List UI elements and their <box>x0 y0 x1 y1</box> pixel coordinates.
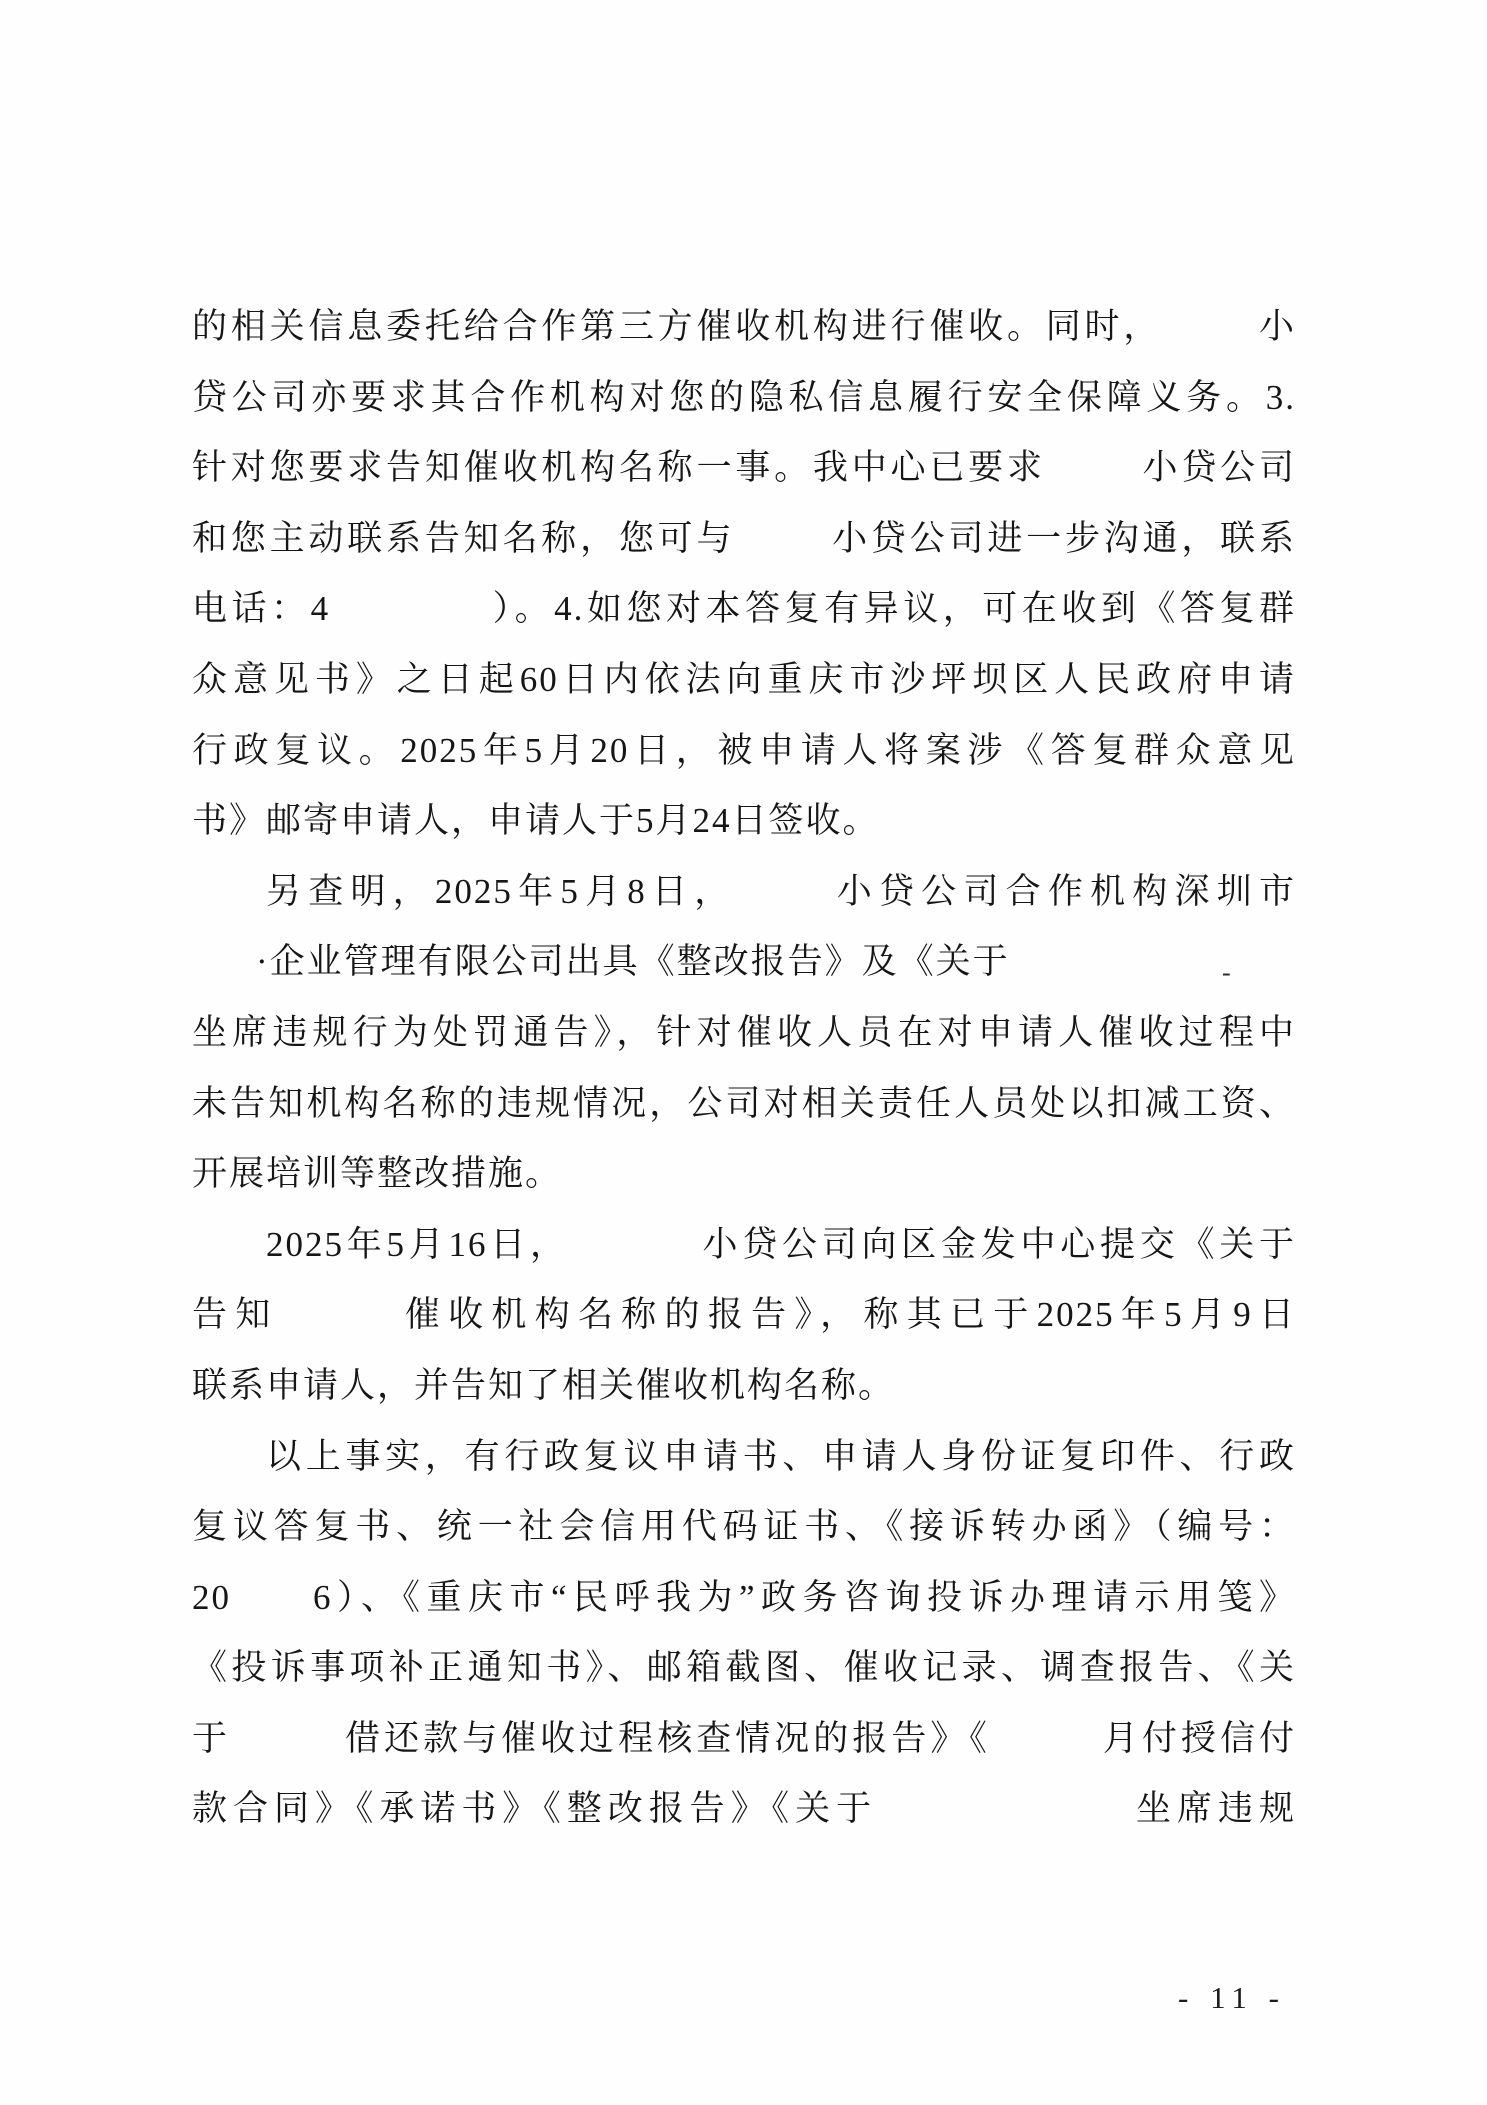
text-segment: 复议答复书、统一社会信用代码证书、《接诉转办函》（编号： <box>192 1507 1296 1546</box>
text-line: 行政复议。2025年5月20日，被申请人将案涉《答复群众意见 <box>192 716 1296 787</box>
text-line: 以上事实，有行政复议申请书、申请人身份证复印件、行政 <box>192 1422 1296 1493</box>
text-segment: 和您主动联系告知名称，您可与 <box>192 519 735 558</box>
text-segment: 催收机构名称的报告》，称其已于2025年5月9日 <box>399 1295 1296 1334</box>
text-line: 电话：4）。4.如您对本答复有异议，可在收到《答复群 <box>192 574 1296 645</box>
text-line: 告知催收机构名称的报告》，称其已于2025年5月9日 <box>192 1280 1296 1351</box>
redacted-gap <box>737 902 832 903</box>
text-segment: 未告知机构名称的违规情况，公司对相关责任人员处以扣减工资、 <box>192 1084 1296 1123</box>
text-line: 和您主动联系告知名称，您可与小贷公司进一步沟通，联系 <box>192 504 1296 575</box>
text-segment: 小贷公司进一步沟通，联系 <box>830 519 1296 558</box>
text-segment: 联系申请人，并告知了相关催收机构名称。 <box>192 1366 895 1405</box>
text-line: 坐席违规行为处罚通告》，针对催收人员在对申请人催收过程中 <box>192 998 1296 1069</box>
text-segment: 于 <box>192 1719 231 1758</box>
text-segment: 开展培训等整改措施。 <box>192 1154 562 1193</box>
redacted-gap <box>877 1819 1132 1820</box>
text-segment: 坐席违规 <box>1132 1789 1296 1828</box>
scan-artifact-dash: - <box>1222 958 1231 988</box>
text-line: 书》邮寄申请人，申请人于5月24日签收。 <box>192 786 1296 857</box>
redacted-gap <box>231 1608 313 1609</box>
text-segment: 小贷公司合作机构深圳市 <box>832 872 1297 911</box>
text-line: 的相关信息委托给合作第三方催收机构进行催收。同时，小 <box>192 292 1296 363</box>
page-number: - 11 - <box>1178 1980 1286 2016</box>
redacted-gap <box>570 1255 700 1256</box>
text-segment: 20 <box>192 1578 231 1617</box>
text-line: 贷公司亦要求其合作机构对您的隐私信息履行安全保障义务。3. <box>192 363 1296 434</box>
text-segment: 小 <box>1257 307 1296 346</box>
text-segment: 众意见书》之日起60日内依法向重庆市沙坪坝区人民政府申请 <box>192 660 1296 699</box>
text-line: 于借还款与催收过程核查情况的报告》《月付授信付 <box>192 1704 1296 1775</box>
text-line: 另查明，2025年5月8日，小贷公司合作机构深圳市 <box>192 857 1296 928</box>
text-segment: 款合同》《承诺书》《整改报告》《关于 <box>192 1789 877 1828</box>
text-segment: 小贷公司向区金发中心提交《关于 <box>700 1225 1296 1264</box>
redacted-gap <box>330 619 490 620</box>
redacted-gap <box>735 549 830 550</box>
text-segment: 的相关信息委托给合作第三方催收机构进行催收。同时， <box>192 307 1162 346</box>
redacted-gap <box>1046 478 1141 479</box>
text-segment: 以上事实，有行政复议申请书、申请人身份证复印件、行政 <box>266 1437 1296 1476</box>
text-line: 未告知机构名称的违规情况，公司对相关责任人员处以扣减工资、 <box>192 1069 1296 1140</box>
text-line: 众意见书》之日起60日内依法向重庆市沙坪坝区人民政府申请 <box>192 645 1296 716</box>
text-line: 联系申请人，并告知了相关催收机构名称。 <box>192 1351 1296 1422</box>
text-segment: 电话：4 <box>192 589 330 628</box>
text-segment: 2025年5月16日， <box>266 1225 570 1264</box>
text-line: 针对您要求告知催收机构名称一事。我中心已要求小贷公司 <box>192 433 1296 504</box>
text-segment: 坐席违规行为处罚通告》，针对催收人员在对申请人催收过程中 <box>192 1013 1296 1052</box>
text-line: 开展培训等整改措施。 <box>192 1139 1296 1210</box>
text-segment: 《投诉事项补正通知书》、邮箱截图、催收记录、调查报告、《关 <box>192 1648 1296 1687</box>
text-line: 复议答复书、统一社会信用代码证书、《接诉转办函》（编号： <box>192 1492 1296 1563</box>
text-line: 款合同》《承诺书》《整改报告》《关于坐席违规 <box>192 1774 1296 1845</box>
document-body: 的相关信息委托给合作第三方催收机构进行催收。同时，小贷公司亦要求其合作机构对您的… <box>192 292 1296 1845</box>
redacted-gap <box>991 1749 1101 1750</box>
text-line: 2025年5月16日，小贷公司向区金发中心提交《关于 <box>192 1210 1296 1281</box>
text-segment: 贷公司亦要求其合作机构对您的隐私信息履行安全保障义务。3. <box>192 378 1296 417</box>
text-segment: 告知 <box>192 1295 279 1334</box>
text-segment: 书》邮寄申请人，申请人于5月24日签收。 <box>192 801 880 840</box>
text-segment: ·企业管理有限公司出具《整改报告》及《关于 <box>256 942 1010 981</box>
text-line: 《投诉事项补正通知书》、邮箱截图、催收记录、调查报告、《关 <box>192 1633 1296 1704</box>
text-segment: 月付授信付 <box>1101 1719 1296 1758</box>
redacted-gap <box>231 1749 343 1750</box>
text-line: ·企业管理有限公司出具《整改报告》及《关于 <box>192 927 1296 998</box>
text-segment: 针对您要求告知催收机构名称一事。我中心已要求 <box>192 448 1046 487</box>
text-segment: 另查明，2025年5月8日， <box>266 872 737 911</box>
text-line: 206）、《重庆市“民呼我为”政务咨询投诉办理请示用笺》 <box>192 1563 1296 1634</box>
text-segment: 小贷公司 <box>1141 448 1296 487</box>
redacted-gap <box>1162 337 1257 338</box>
text-segment: 行政复议。2025年5月20日，被申请人将案涉《答复群众意见 <box>192 731 1296 770</box>
text-segment: ）。4.如您对本答复有异议，可在收到《答复群 <box>490 589 1296 628</box>
scanned-document-page: 的相关信息委托给合作第三方催收机构进行催收。同时，小贷公司亦要求其合作机构对您的… <box>0 0 1487 2105</box>
redacted-gap <box>279 1325 399 1326</box>
text-segment: 借还款与催收过程核查情况的报告》《 <box>343 1719 991 1758</box>
text-segment: 6）、《重庆市“民呼我为”政务咨询投诉办理请示用笺》 <box>313 1578 1296 1617</box>
